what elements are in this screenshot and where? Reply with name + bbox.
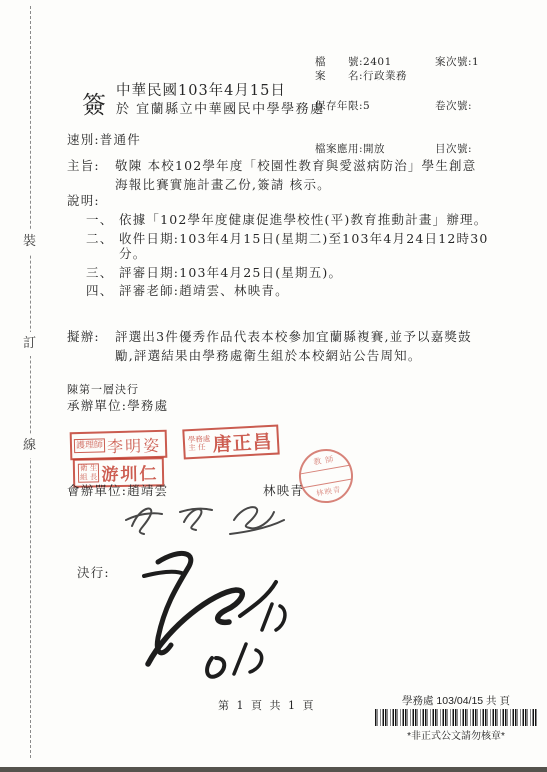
- barcode-warning: *非正式公文請勿核章*: [371, 727, 541, 742]
- description-item-2: 二、 收件日期:103年4月15日(星期二)至103年4月24日12時30分。: [86, 231, 490, 262]
- item-number: 三、: [86, 265, 119, 281]
- binding-mark-ding: 訂: [23, 332, 36, 356]
- retention-years: 保存年限:5: [315, 99, 392, 114]
- item-text: 依據「102學年度健康促進學校性(平)教育推動計畫」辦理。: [119, 212, 490, 228]
- binding-mark-zhuang: 裝: [23, 230, 36, 254]
- description-list: 一、 依據「102學年度健康促進學校性(平)教育推動計畫」辦理。 二、 收件日期…: [86, 212, 490, 302]
- binding-dashed-line: [30, 6, 31, 758]
- doc-place: 於 宜蘭縣立中華國民中學學務處: [116, 98, 325, 117]
- description-item-4: 四、 評審老師:趙靖雲、林映青。: [86, 283, 490, 299]
- co-unit-line: 會辦單位:趙靖雲: [67, 481, 168, 499]
- handwritten-signature-zhao-jing-yun: [122, 498, 294, 542]
- proposal-block: 擬辦: 評選出3件優秀作品代表本校參加宜蘭縣複賽,並予以嘉獎鼓勵,評選結果由學務…: [67, 327, 489, 365]
- stamp-title: 衛 生組 長: [78, 463, 100, 482]
- description-item-3: 三、 評審日期:103年4月25日(星期五)。: [86, 265, 490, 281]
- proposal-text: 評選出3件優秀作品代表本校參加宜蘭縣複賽,並予以嘉獎鼓勵,評選結果由學務處衛生組…: [115, 327, 489, 365]
- undertaking-unit: 承辦單位:學務處: [67, 396, 168, 414]
- stamp-name: 唐正昌: [212, 426, 275, 456]
- item-seq-number: 目次號:: [435, 142, 479, 157]
- item-number: 一、: [86, 212, 119, 228]
- item-number: 二、: [86, 231, 119, 262]
- stamp-name: 林映青: [315, 484, 342, 499]
- page-number-info: 第 1 頁 共 1 頁: [218, 697, 315, 713]
- file-number: 檔 號:2401: [315, 55, 392, 70]
- item-text: 評審老師:趙靖雲、林映青。: [119, 283, 490, 299]
- subject-text: 敬陳 本校102學年度「校園性教育與愛滋病防治」學生創意海報比賽實施計畫乙份,簽…: [115, 156, 489, 194]
- subject-label: 主旨:: [67, 156, 115, 194]
- item-number: 四、: [86, 283, 119, 299]
- case-name: 案 名:行政業務: [315, 69, 407, 84]
- scanned-official-document: 裝 訂 線 檔 號:2401 保存年限:5 檔案應用:開放 案次號:1 卷次號:…: [0, 0, 547, 772]
- file-access: 檔案應用:開放: [315, 142, 392, 157]
- approval-label: 決行:: [77, 563, 110, 581]
- binding-mark-xian: 線: [23, 434, 36, 458]
- item-text: 收件日期:103年4月15日(星期二)至103年4月24日12時30分。: [119, 231, 490, 262]
- co-unit-second-name: 林映青: [263, 481, 304, 499]
- barcode-block: 學務處 103/04/15 共 頁 *非正式公文請勿核章*: [371, 693, 541, 742]
- scanner-edge-shadow: [0, 767, 547, 772]
- doc-type-sign: 簽: [82, 85, 106, 120]
- proposal-label: 擬辦:: [67, 327, 115, 365]
- stamp-nurse-li-ming-zi: 護理師 李明姿: [70, 430, 168, 461]
- stamp-title: 學務處主 任: [188, 435, 211, 453]
- item-text: 評審日期:103年4月25日(星期五)。: [119, 265, 490, 281]
- decision-level-note: 陳第一層決行: [67, 381, 139, 397]
- description-label: 說明:: [67, 193, 100, 209]
- volume-seq-number: 卷次號:: [435, 99, 479, 114]
- case-seq-number: 案次號:1: [435, 55, 479, 70]
- stamp-date-band: [300, 464, 352, 487]
- stamp-name: 李明姿: [107, 432, 164, 456]
- doc-date: 中華民國103年4月15日: [116, 79, 286, 100]
- subject-block: 主旨: 敬陳 本校102學年度「校園性教育與愛滋病防治」學生創意海報比賽實施計畫…: [67, 156, 489, 194]
- stamp-title: 護理師: [74, 438, 105, 453]
- barcode: [375, 709, 537, 726]
- approval-handwritten-signature: [118, 546, 306, 684]
- barcode-label: 學務處 103/04/15 共 頁: [371, 693, 541, 708]
- stamp-director-tang-zheng-chang: 學務處主 任 唐正昌: [182, 425, 279, 460]
- description-item-1: 一、 依據「102學年度健康促進學校性(平)教育推動計畫」辦理。: [86, 212, 490, 228]
- speed-class: 速別:普通件: [67, 130, 141, 148]
